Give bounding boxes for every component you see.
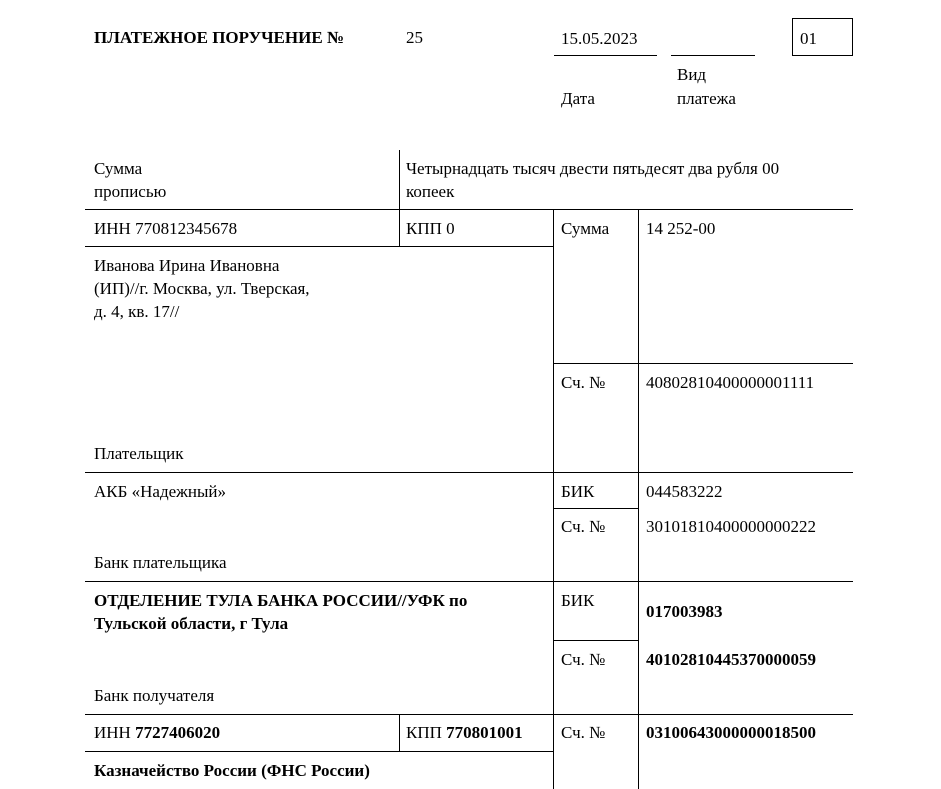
divider bbox=[638, 209, 639, 789]
payer-bank-bik-label: БИК bbox=[561, 480, 594, 503]
divider bbox=[85, 472, 853, 473]
payee-bank-account: 40102810445370000059 bbox=[646, 648, 816, 671]
payer-name-line3: д. 4, кв. 17// bbox=[94, 300, 179, 323]
payer-role-label: Плательщик bbox=[94, 442, 184, 465]
amount-words-value-line2: копеек bbox=[406, 180, 454, 203]
payment-type-label-line2: платежа bbox=[677, 87, 736, 110]
payment-type-label-line1: Вид bbox=[677, 63, 706, 86]
payer-bank-bik: 044583222 bbox=[646, 480, 723, 503]
payer-sum-label: Сумма bbox=[561, 217, 609, 240]
divider bbox=[85, 209, 853, 210]
payee-bank-bik: 017003983 bbox=[646, 600, 723, 623]
payer-bank-name: АКБ «Надежный» bbox=[94, 480, 226, 503]
divider bbox=[85, 581, 853, 582]
payer-bank-account-label: Сч. № bbox=[561, 515, 605, 538]
payee-bank-name-line2: Тульской области, г Тула bbox=[94, 612, 288, 635]
date-underline bbox=[554, 55, 657, 56]
payer-account-label: Сч. № bbox=[561, 371, 605, 394]
payee-inn: ИНН 7727406020 bbox=[94, 721, 220, 744]
amount-words-label-line2: прописью bbox=[94, 180, 166, 203]
divider bbox=[85, 751, 553, 752]
payee-name: Казначейство России (ФНС России) bbox=[94, 759, 370, 782]
divider bbox=[85, 246, 553, 247]
date-value: 15.05.2023 bbox=[561, 27, 638, 50]
payer-kpp: КПП 0 bbox=[406, 217, 455, 240]
divider bbox=[399, 714, 400, 751]
divider bbox=[553, 363, 853, 364]
document-title: ПЛАТЕЖНОЕ ПОРУЧЕНИЕ № bbox=[94, 26, 344, 49]
payee-account-label: Сч. № bbox=[561, 721, 605, 744]
payee-kpp: КПП 770801001 bbox=[406, 721, 523, 744]
payer-name-line2: (ИП)//г. Москва, ул. Тверская, bbox=[94, 277, 310, 300]
payee-bank-role-label: Банк получателя bbox=[94, 684, 214, 707]
status-code: 01 bbox=[800, 27, 817, 50]
divider bbox=[553, 640, 638, 641]
payee-bank-account-label: Сч. № bbox=[561, 648, 605, 671]
divider bbox=[399, 209, 400, 246]
status-code-box: 01 bbox=[792, 18, 853, 56]
divider bbox=[553, 209, 554, 789]
payer-name-line1: Иванова Ирина Ивановна bbox=[94, 254, 279, 277]
payee-bank-bik-label: БИК bbox=[561, 589, 594, 612]
payer-bank-account: 30101810400000000222 bbox=[646, 515, 816, 538]
payee-account: 03100643000000018500 bbox=[646, 721, 816, 744]
divider bbox=[85, 714, 853, 715]
divider bbox=[399, 150, 400, 209]
payer-bank-role-label: Банк плательщика bbox=[94, 551, 227, 574]
divider bbox=[553, 508, 638, 509]
amount-words-label-line1: Сумма bbox=[94, 157, 142, 180]
payer-account: 40802810400000001111 bbox=[646, 371, 814, 394]
order-number: 25 bbox=[406, 26, 423, 49]
payment-type-underline bbox=[671, 55, 755, 56]
payer-inn: ИНН 770812345678 bbox=[94, 217, 237, 240]
payer-sum: 14 252-00 bbox=[646, 217, 715, 240]
payee-bank-name-line1: ОТДЕЛЕНИЕ ТУЛА БАНКА РОССИИ//УФК по bbox=[94, 589, 467, 612]
amount-words-value-line1: Четырнадцать тысяч двести пятьдесят два … bbox=[406, 157, 779, 180]
date-label: Дата bbox=[561, 87, 595, 110]
